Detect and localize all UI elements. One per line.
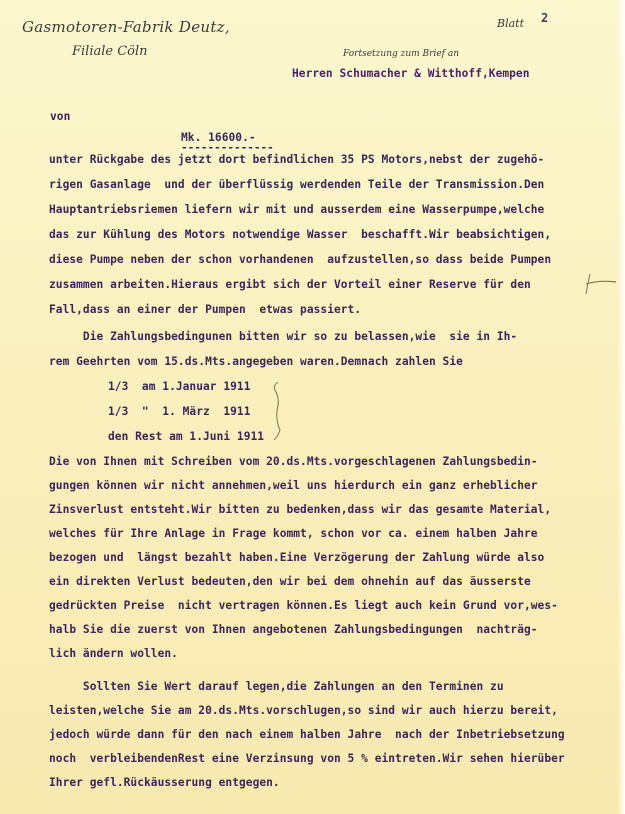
text-line: Die Zahlungsbedingunen bitten wir so zu … xyxy=(49,330,517,343)
sheet-number: 2 xyxy=(541,11,548,25)
text-line: gedrückten Preise nicht vertragen können… xyxy=(49,599,558,612)
sheet-label: Blatt xyxy=(497,17,524,30)
addressee: Herren Schumacher & Witthoff,Kempen xyxy=(292,67,530,80)
paper-edge xyxy=(617,0,625,814)
pencil-brace-mark xyxy=(268,380,288,442)
text-line: gungen können wir nicht annehmen,weil un… xyxy=(49,479,538,492)
text-line: Hauptantriebsriemen liefern wir mit und … xyxy=(49,203,544,216)
text-line: bezogen und längst bezahlt haben.Eine Ve… xyxy=(49,551,544,564)
from-word: von xyxy=(50,110,70,123)
text-line: halb Sie die zuerst von Ihnen angebotene… xyxy=(49,623,538,636)
continuation-label: Fortsetzung zum Brief an xyxy=(343,49,459,59)
payment-schedule-line: 1/3 " 1. März 1911 xyxy=(108,405,251,418)
text-line: zusammen arbeiten.Hieraus ergibt sich de… xyxy=(49,278,531,291)
text-line: Ihrer gefl.Rückäusserung entgegen. xyxy=(49,776,280,789)
text-line: leisten,welche Sie am 20.ds.Mts.vorschlu… xyxy=(49,704,558,717)
letter-page: Gasmotoren-Fabrik Deutz, Filiale Cöln Bl… xyxy=(0,0,625,814)
text-line: jedoch würde dann für den nach einem hal… xyxy=(49,728,565,741)
text-line: das zur Kühlung des Motors notwendige Wa… xyxy=(49,228,551,241)
text-line: diese Pumpe neben der schon vorhandenen … xyxy=(49,253,551,266)
pencil-check-mark xyxy=(580,272,620,298)
text-line: rigen Gasanlage und der überflüssig werd… xyxy=(49,178,544,191)
text-line: Sollten Sie Wert darauf legen,die Zahlun… xyxy=(49,680,504,693)
letterhead-firm-name: Gasmotoren-Fabrik Deutz, xyxy=(22,18,230,36)
text-line: Die von Ihnen mit Schreiben vom 20.ds.Mt… xyxy=(49,455,538,468)
payment-schedule-line: den Rest am 1.Juni 1911 xyxy=(108,430,264,443)
letterhead-branch: Filiale Cöln xyxy=(72,44,148,59)
text-line: rem Geehrten vom 15.ds.Mts.angegeben war… xyxy=(49,355,463,368)
text-line: unter Rückgabe des jetzt dort befindlich… xyxy=(49,153,544,166)
text-line: Zinsverlust entsteht.Wir bitten zu beden… xyxy=(49,503,551,516)
text-line: ein direkten Verlust bedeuten,den wir be… xyxy=(49,575,531,588)
text-line: noch verbleibendenRest eine Verzinsung v… xyxy=(49,752,565,765)
payment-schedule-line: 1/3 am 1.Januar 1911 xyxy=(108,380,251,393)
text-line: lich ändern wollen. xyxy=(49,647,178,660)
text-line: welches für Ihre Anlage in Frage kommt, … xyxy=(49,527,538,540)
text-line: Fall,dass an einer der Pumpen etwas pass… xyxy=(49,303,361,316)
